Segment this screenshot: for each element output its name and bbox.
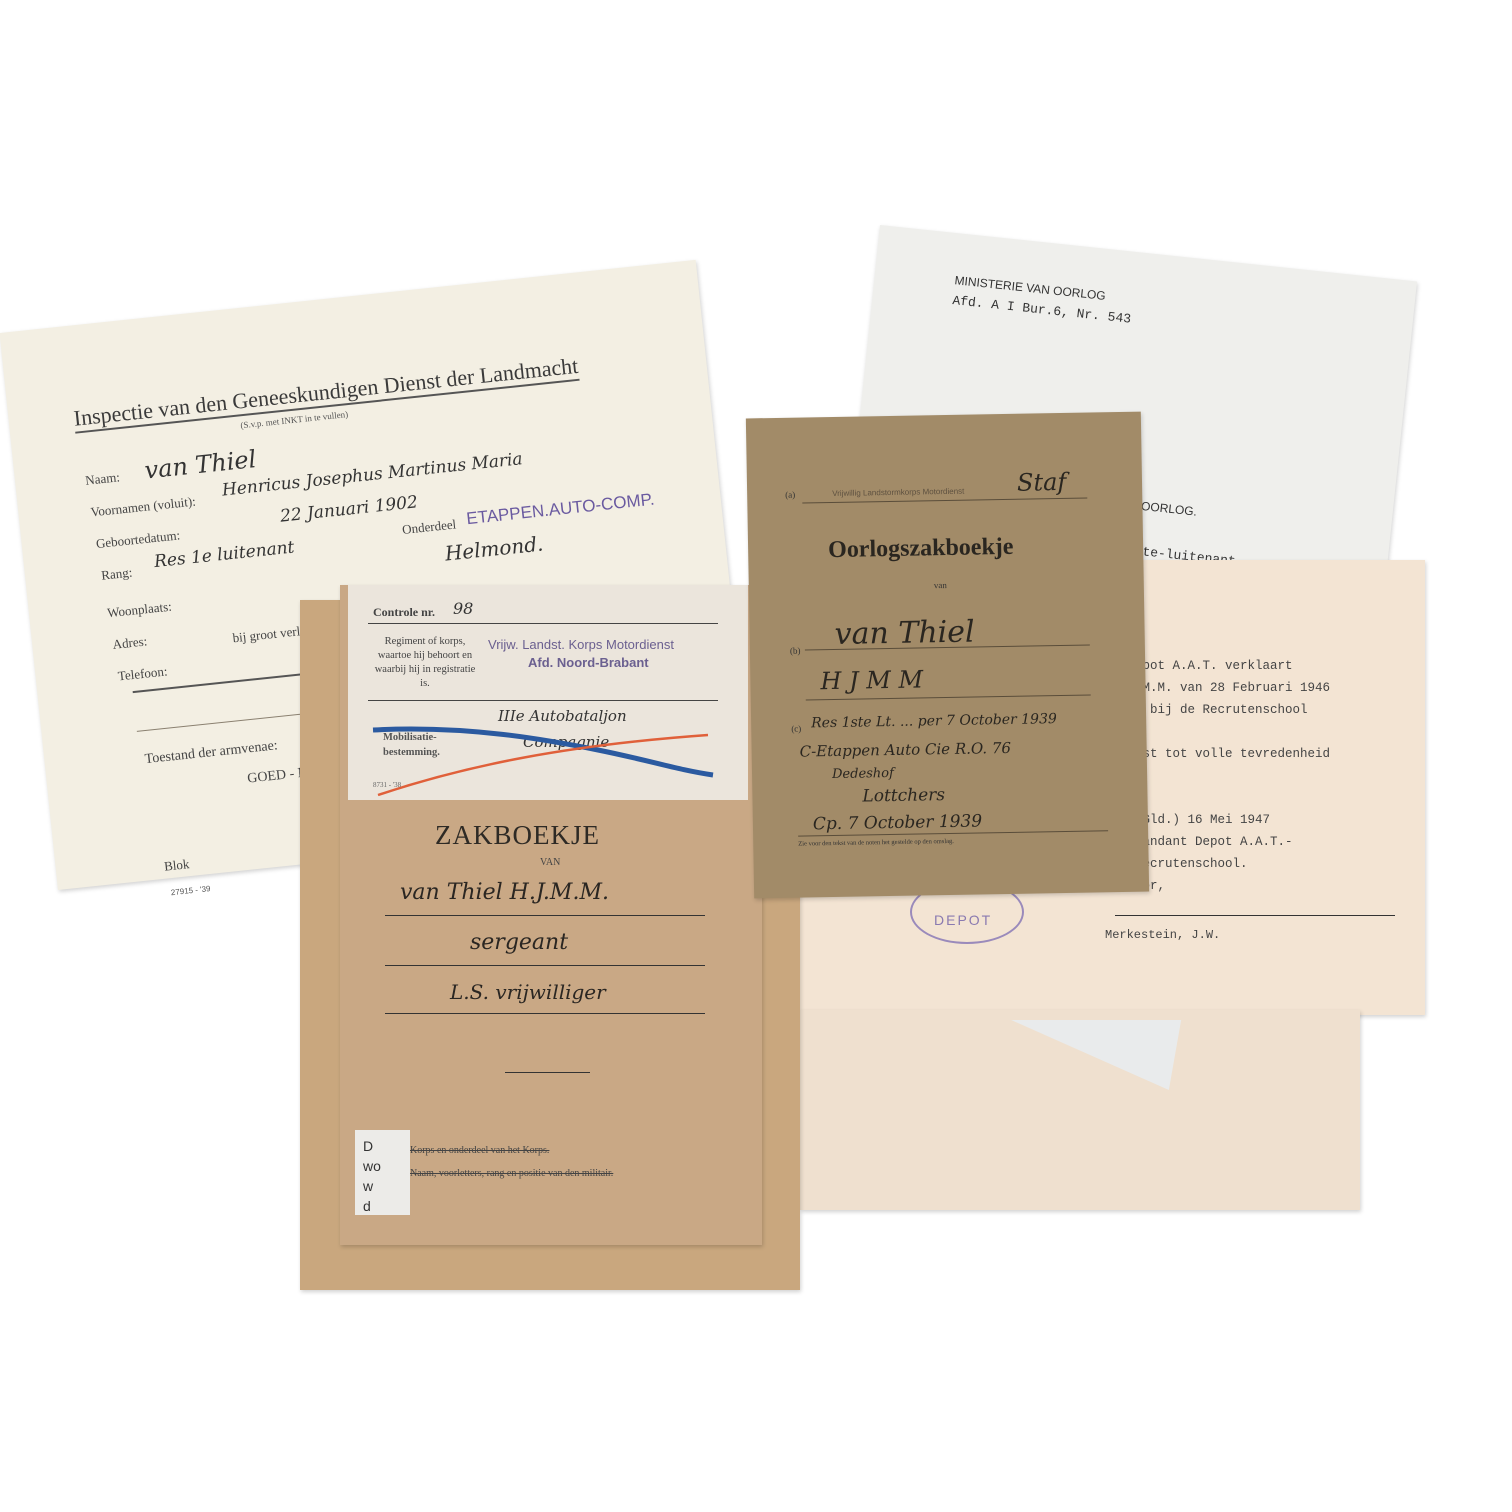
zakboekje-name: van Thiel H.J.M.M. [400,880,609,905]
field-label: Naam: [85,469,121,489]
field-value: 22 Januari 1902 [279,492,419,526]
unit-hand: Staf [1017,468,1067,497]
oorlog-initials: H J M M [820,665,923,695]
oorlog-date: Cp. 7 October 1939 [813,811,983,834]
signature: ​ [1115,890,1395,916]
signatory-name: Merkestein, J.W. [1105,928,1220,942]
field-value: Henricus Josephus Martinus Maria [221,449,523,500]
zakboekje-rank: sergeant [470,930,568,955]
controle-label-card: Controle nr. 98 Regiment of korps, waart… [348,585,748,800]
blok-label: Blok [163,856,190,875]
toestand-label: Toestand der armvenae: [144,738,278,768]
onderdeel-label: Onderdeel [401,516,457,538]
oorlog-signature: Lottchers [862,785,945,806]
zakboekje-booklet: Controle nr. 98 Regiment of korps, waart… [340,585,762,1245]
oorlog-entry: Dedeshof [832,766,894,782]
footnote-korps: Korps en onderdeel van het Korps. [410,1145,549,1156]
onderdeel-stamp: ETAPPEN.AUTO-COMP. [465,490,655,530]
field-label: Geboortedatum: [95,527,181,552]
field-label: Adres: [112,633,148,653]
oorlog-entry: C-Etappen Auto Cie R.O. 76 [800,739,1012,761]
oorlog-entry: Res 1ste Lt. ... per 7 October 1939 [811,711,1057,731]
brace-note: bij groot verlo [232,623,308,647]
depot-letter-body: epot A.A.T. verklaart .M.M. van 28 Febru… [1135,655,1330,897]
zakboekje-unit: L.S. vrijwilliger [450,980,606,1004]
zakboekje-title: ZAKBOEKJE [435,820,600,851]
cross-out-strokes [348,585,748,800]
field-label: Voornamen (voluit): [90,494,197,521]
oorlog-footnote: Zie voor den tekst van de noten het gest… [798,838,954,848]
field-label: Telefoon: [117,663,168,684]
label-code: 8731 - '38 [373,781,401,789]
lower-sheet [800,1010,1360,1210]
oorlogszakboekje-title: Oorlogszakboekje [828,534,1014,564]
onderdeel-place: Helmond. [444,531,545,565]
form-number: 27915 - '39 [170,884,211,897]
field-label: Rang: [101,565,134,584]
unit-stamp: Vrijwillig Landstormkorps Motordienst [832,487,964,498]
zakboekje-van: VAN [540,857,560,868]
footnote-naam: Naam, voorletters, rang en positie van d… [410,1168,613,1179]
card-fields: Naam:van ThielVoornamen (voluit):Henricu… [0,260,696,333]
library-sticker: D wo w d [355,1130,410,1215]
oorlogszakboekje-booklet: (a) Vrijwillig Landstormkorps Motordiens… [746,412,1149,899]
field-label: Woonplaats: [107,599,173,622]
card-title: Inspectie van den Geneeskundigen Dienst … [72,353,579,434]
